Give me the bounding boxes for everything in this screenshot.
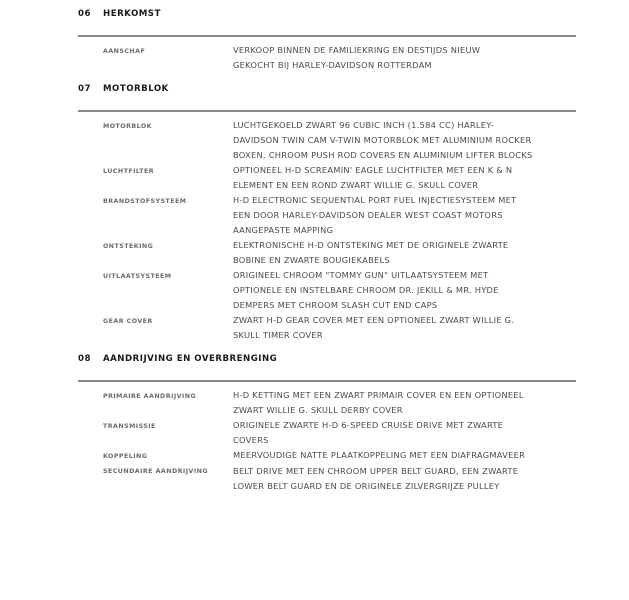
section-title: AANDRIJVING EN OVERBRENGING (103, 354, 277, 364)
spec-label: TRANSMISSIE (103, 418, 233, 434)
section-number: 07 (78, 84, 103, 94)
spec-label: AANSCHAF (103, 43, 233, 59)
spec-row-gear-cover: GEAR COVER ZWART H-D GEAR COVER MET EEN … (103, 313, 576, 343)
section-heading: 07 MOTORBLOK (78, 84, 576, 100)
spec-value: H-D KETTING MET EEN ZWART PRIMAIR COVER … (233, 388, 576, 418)
spec-label: LUCHTFILTER (103, 163, 233, 179)
spec-label: MOTORBLOK (103, 118, 233, 134)
spec-row-motorblok: MOTORBLOK LUCHTGEKOELD ZWART 96 CUBIC IN… (103, 118, 576, 163)
spec-value: ELEKTRONISCHE H-D ONTSTEKING MET DE ORIG… (233, 238, 576, 268)
spec-row-brandstofsysteem: BRANDSTOFSYSTEEM H-D ELECTRONIC SEQUENTI… (103, 193, 576, 238)
section-aandrijving: 08 AANDRIJVING EN OVERBRENGING PRIMAIRE … (78, 354, 576, 494)
section-divider (78, 380, 576, 382)
spec-label: UITLAATSYSTEEM (103, 268, 233, 284)
section-number: 08 (78, 354, 103, 364)
spec-row-ontsteking: ONTSTEKING ELEKTRONISCHE H-D ONTSTEKING … (103, 238, 576, 268)
spec-value: BELT DRIVE MET EEN CHROOM UPPER BELT GUA… (233, 464, 576, 494)
spec-label: BRANDSTOFSYSTEEM (103, 193, 233, 209)
spec-value: OPTIONEEL H-D SCREAMIN' EAGLE LUCHTFILTE… (233, 163, 576, 193)
spec-label: ONTSTEKING (103, 238, 233, 254)
section-title: MOTORBLOK (103, 84, 169, 94)
spec-value: ORIGINELE ZWARTE H-D 6-SPEED CRUISE DRIV… (233, 418, 576, 448)
section-heading: 08 AANDRIJVING EN OVERBRENGING (78, 354, 576, 370)
spec-label: PRIMAIRE AANDRIJVING (103, 388, 233, 404)
spec-row-koppeling: KOPPELING MEERVOUDIGE NATTE PLAATKOPPELI… (103, 448, 576, 464)
spec-value: ZWART H-D GEAR COVER MET EEN OPTIONEEL Z… (233, 313, 576, 343)
spec-label: GEAR COVER (103, 313, 233, 329)
spec-value: MEERVOUDIGE NATTE PLAATKOPPELING MET EEN… (233, 448, 576, 463)
spec-row-primaire-aandrijving: PRIMAIRE AANDRIJVING H-D KETTING MET EEN… (103, 388, 576, 418)
section-divider (78, 35, 576, 37)
section-motorblok: 07 MOTORBLOK MOTORBLOK LUCHTGEKOELD ZWAR… (78, 84, 576, 343)
section-herkomst: 06 HERKOMST AANSCHAF VERKOOP BINNEN DE F… (78, 9, 576, 73)
spec-row-transmissie: TRANSMISSIE ORIGINELE ZWARTE H-D 6-SPEED… (103, 418, 576, 448)
section-heading: 06 HERKOMST (78, 9, 576, 25)
spec-row-uitlaatsysteem: UITLAATSYSTEEM ORIGINEEL CHROOM "TOMMY G… (103, 268, 576, 313)
spec-value: H-D ELECTRONIC SEQUENTIAL PORT FUEL INJE… (233, 193, 576, 238)
spec-list: PRIMAIRE AANDRIJVING H-D KETTING MET EEN… (78, 388, 576, 494)
spec-label: KOPPELING (103, 448, 233, 464)
spec-row-secundaire-aandrijving: SECUNDAIRE AANDRIJVING BELT DRIVE MET EE… (103, 464, 576, 494)
spec-value: LUCHTGEKOELD ZWART 96 CUBIC INCH (1.584 … (233, 118, 576, 163)
spec-list: AANSCHAF VERKOOP BINNEN DE FAMILIEKRING … (78, 43, 576, 73)
spec-label: SECUNDAIRE AANDRIJVING (103, 464, 233, 480)
spec-value: ORIGINEEL CHROOM "TOMMY GUN" UITLAATSYST… (233, 268, 576, 313)
section-number: 06 (78, 9, 103, 19)
spec-sheet: 06 HERKOMST AANSCHAF VERKOOP BINNEN DE F… (78, 0, 576, 463)
section-title: HERKOMST (103, 9, 161, 19)
section-divider (78, 110, 576, 112)
spec-row-luchtfilter: LUCHTFILTER OPTIONEEL H-D SCREAMIN' EAGL… (103, 163, 576, 193)
spec-value: VERKOOP BINNEN DE FAMILIEKRING EN DESTIJ… (233, 43, 576, 73)
spec-row-aanschaf: AANSCHAF VERKOOP BINNEN DE FAMILIEKRING … (103, 43, 576, 73)
spec-list: MOTORBLOK LUCHTGEKOELD ZWART 96 CUBIC IN… (78, 118, 576, 343)
